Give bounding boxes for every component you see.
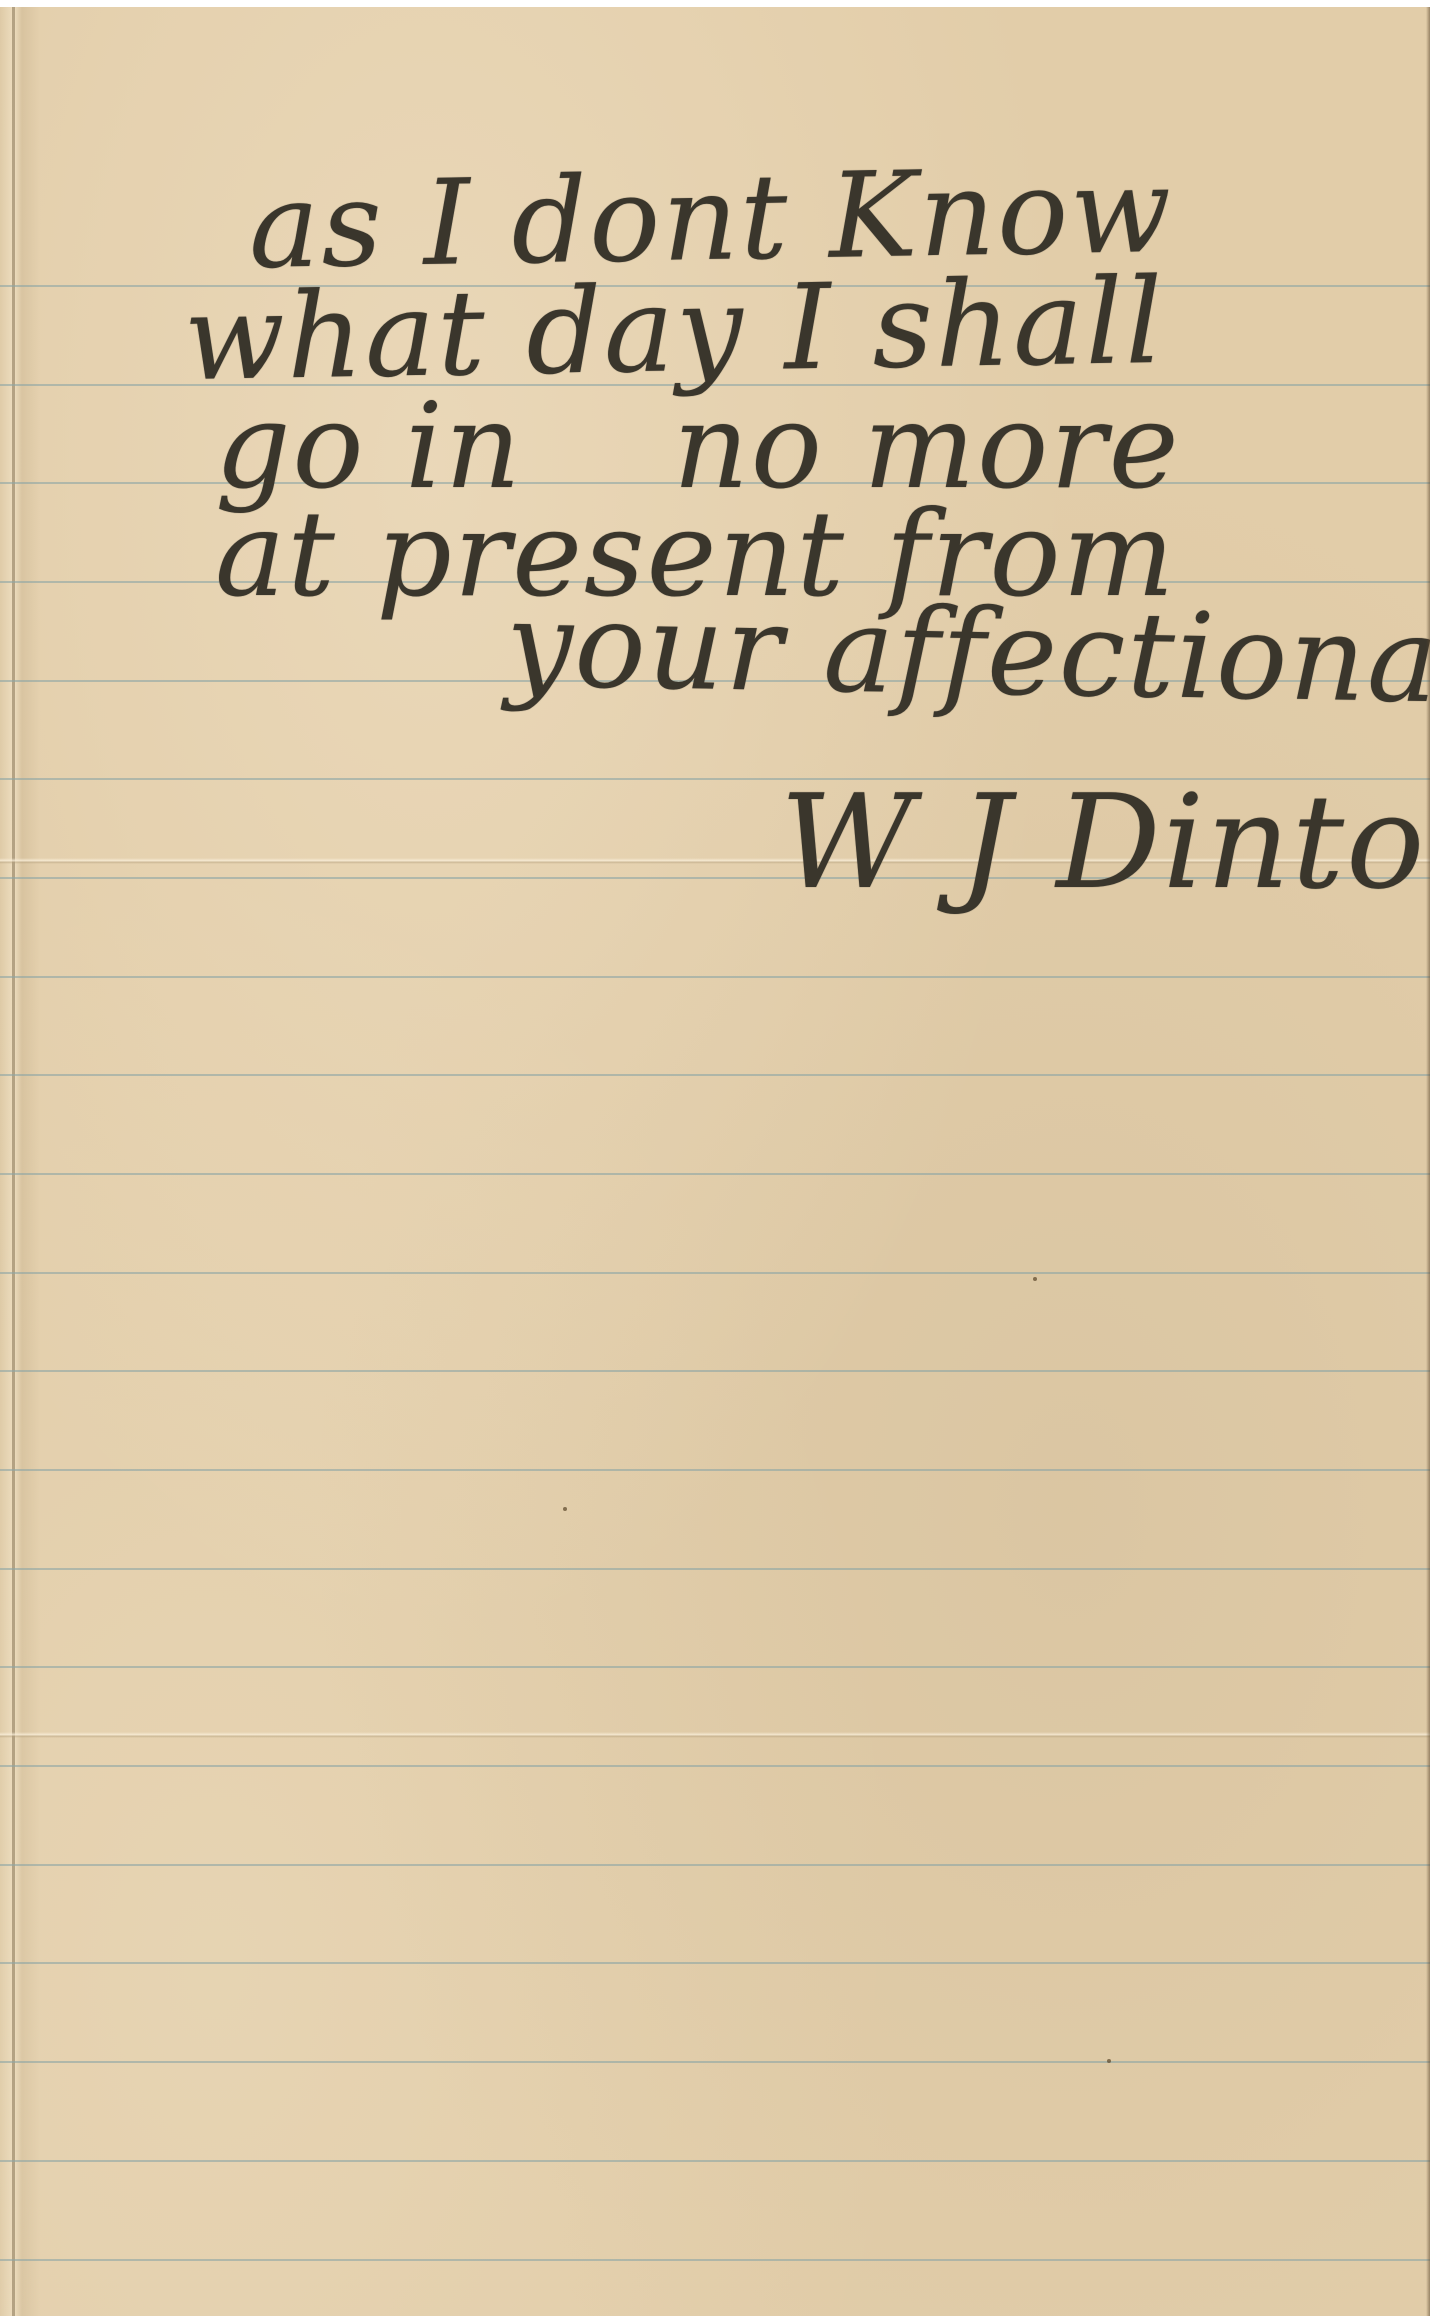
ruled-line: [0, 976, 1430, 978]
ruled-line: [0, 1469, 1430, 1471]
ruled-line: [0, 1864, 1430, 1866]
ruled-line: [0, 2259, 1430, 2261]
signature: W J Dinton: [780, 777, 1430, 907]
paper-speck: [563, 1507, 567, 1511]
ruled-line: [0, 1666, 1430, 1668]
ruled-line: [0, 1173, 1430, 1175]
ruled-line: [0, 1568, 1430, 1570]
paper-speck: [1033, 1277, 1037, 1281]
ruled-line: [0, 1272, 1430, 1274]
paper-speck: [1107, 2059, 1111, 2063]
handwritten-line-5: your affectional: [505, 585, 1430, 720]
letter-page: as I dont Know what day I shall go inno …: [0, 7, 1430, 2316]
ruled-line: [0, 1765, 1430, 1767]
ruled-line: [0, 2061, 1430, 2063]
ruled-line: [0, 1370, 1430, 1372]
left-edge-crease: [12, 7, 15, 2316]
ruled-line: [0, 2160, 1430, 2162]
ruled-line: [0, 1962, 1430, 1964]
horizontal-fold-lower: [0, 1732, 1430, 1738]
ruled-line: [0, 1074, 1430, 1076]
